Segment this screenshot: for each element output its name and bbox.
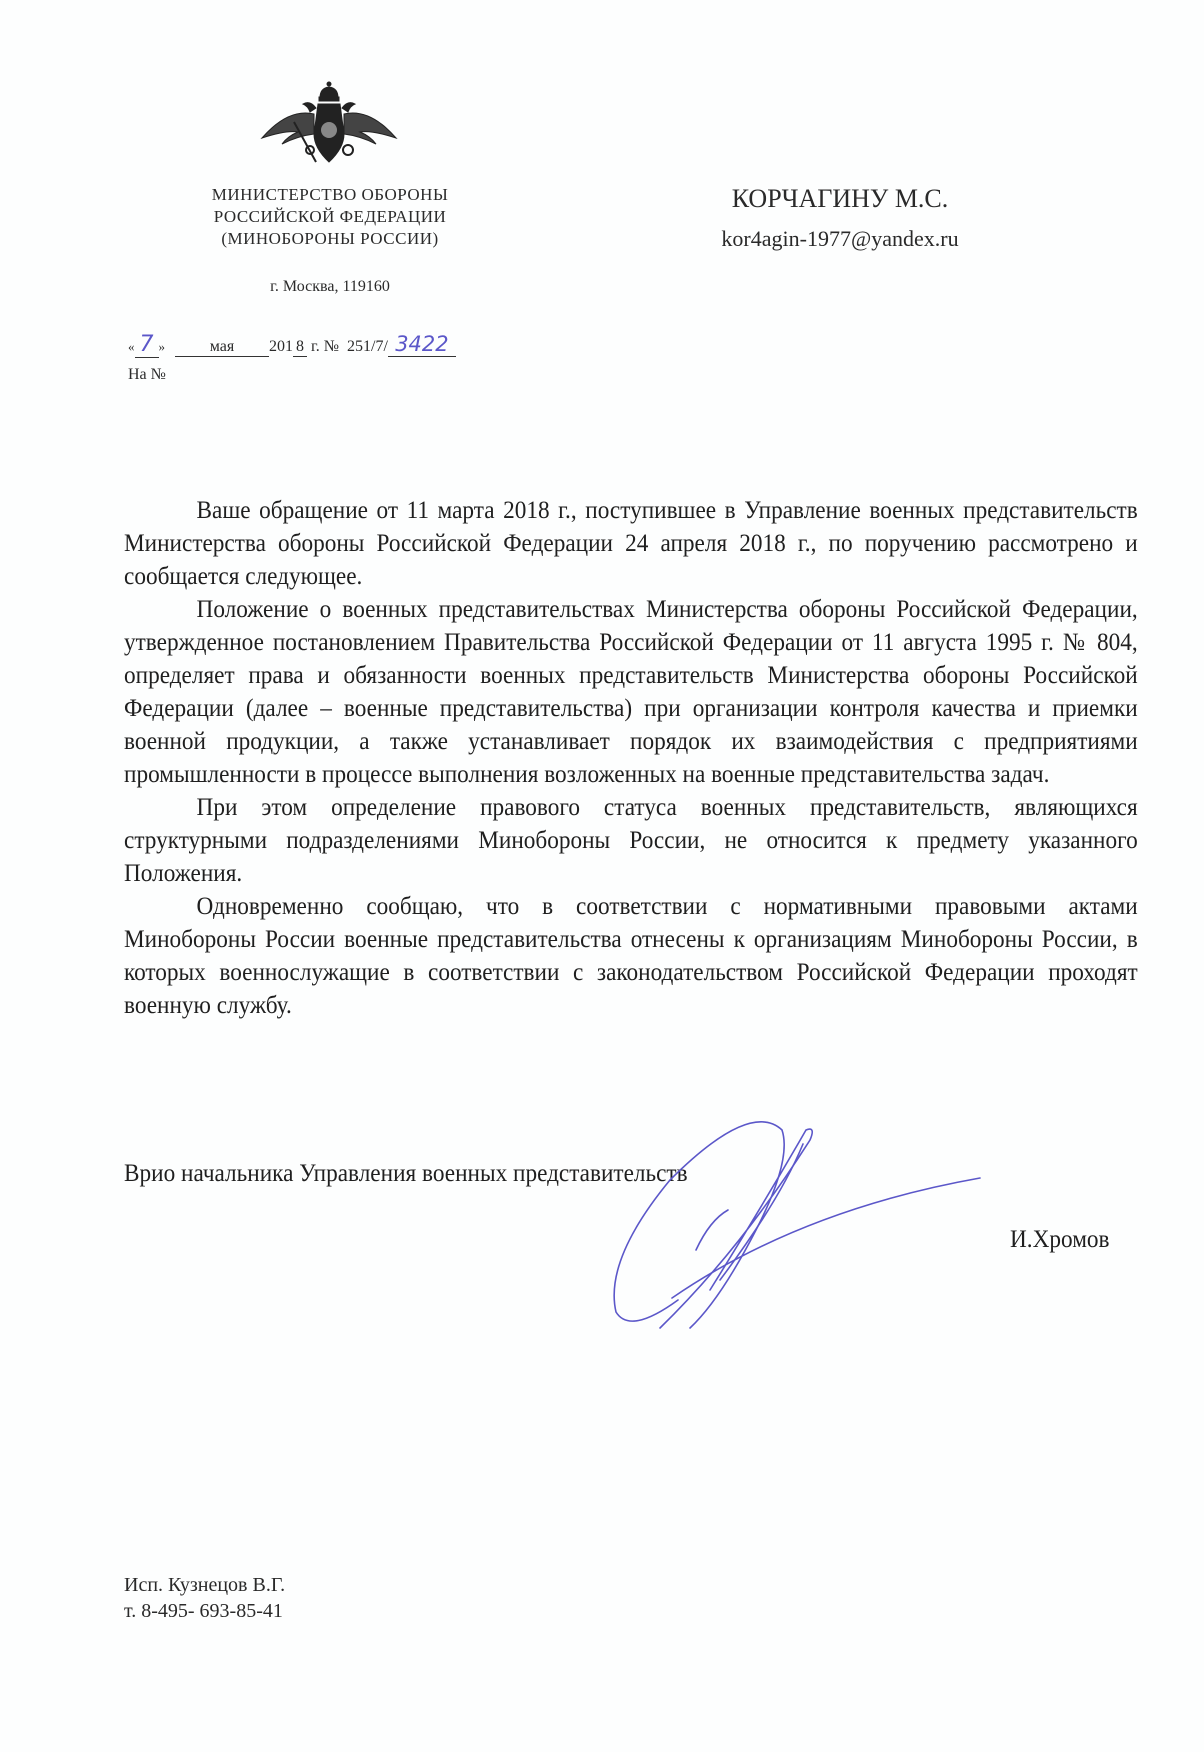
recipient-name: КОРЧАГИНУ М.С. (690, 184, 990, 214)
organization-header: МИНИСТЕРСТВО ОБОРОНЫ РОССИЙСКОЙ ФЕДЕРАЦИ… (150, 184, 510, 250)
body-paragraph: Ваше обращение от 11 марта 2018 г., пост… (124, 494, 1138, 593)
executor-info: Исп. Кузнецов В.Г. т. 8-495- 693-85-41 (124, 1572, 285, 1624)
reply-to-label: На № (128, 366, 166, 383)
executor-phone: т. 8-495- 693-85-41 (124, 1598, 285, 1624)
year-prefix: 201 (269, 338, 293, 356)
day-handwritten: 7 (135, 332, 159, 358)
handwritten-signature-icon (560, 1100, 1000, 1360)
number-handwritten: 3422 (388, 332, 456, 357)
executor-name: Исп. Кузнецов В.Г. (124, 1572, 285, 1598)
number-prefix: 251/7/ (347, 338, 388, 356)
outgoing-reference: «7» мая2018 г. № 251/7/3422 (128, 332, 456, 358)
letter-body: Ваше обращение от 11 марта 2018 г., пост… (124, 494, 1138, 1022)
org-line: (МИНОБОРОНЫ РОССИИ) (150, 228, 510, 250)
reply-to-reference: На № (128, 366, 174, 384)
signatory-name: И.Хромов (1010, 1226, 1110, 1254)
quote-close: » (159, 339, 166, 355)
body-paragraph: Одновременно сообщаю, что в соответствии… (124, 890, 1138, 1022)
org-line: РОССИЙСКОЙ ФЕДЕРАЦИИ (150, 206, 510, 228)
recipient-email: kor4agin-1977@yandex.ru (660, 226, 1020, 252)
year-suffix: г. № (311, 338, 339, 356)
body-paragraph: Положение о военных представительствах М… (124, 593, 1138, 791)
body-paragraph: При этом определение правового статуса в… (124, 791, 1138, 890)
city-postcode: г. Москва, 119160 (150, 278, 510, 296)
month: мая (175, 338, 269, 357)
double-headed-eagle-emblem-icon (258, 78, 400, 174)
year-digit: 8 (293, 338, 307, 357)
org-line: МИНИСТЕРСТВО ОБОРОНЫ (150, 184, 510, 206)
